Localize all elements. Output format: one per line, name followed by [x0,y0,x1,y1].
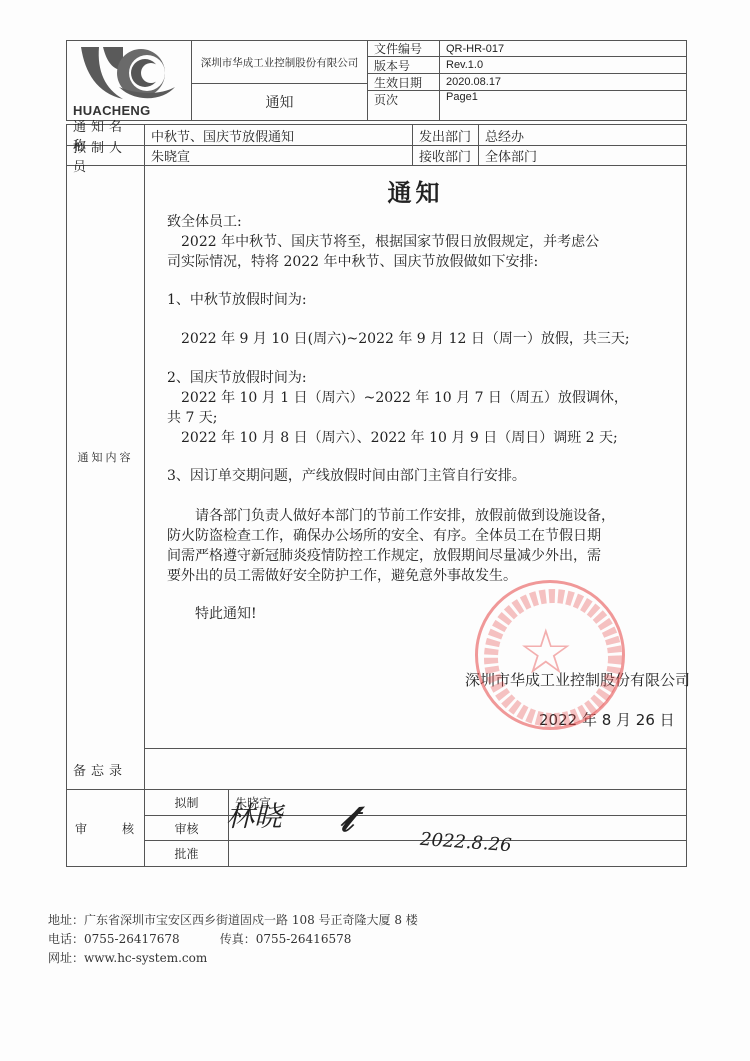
body-line: 司实际情况，特将 2022 年中秋节、国庆节放假做如下安排: [167,251,538,271]
item-2-detail: 2022 年 10 月 1 日（周六）~2022 年 10 月 7 日（周五）放… [167,387,628,407]
receiving-dept-label: 接收部门 [413,146,479,165]
notice-name-value: 中秋节、国庆节放假通知 [145,125,413,145]
meta-label-doc-number: 文件编号 [368,41,440,57]
footer-contact: 地址：广东省深圳市宝安区西乡街道固戍一路 108 号正奇隆大厦 8 楼 电话：0… [48,911,418,968]
item-3: 3、因订单交期问题，产线放假时间由部门主管自行安排。 [167,465,526,485]
meta-value-version: Rev.1.0 [440,57,686,74]
body-line: 要外出的员工需做好安全防护工作，避免意外事故发生。 [167,565,517,585]
meta-value-page: Page1 [440,91,686,120]
footer-fax: 传真：0755-26416578 [220,932,352,946]
info-row-2: 拟制人员 朱晓宣 接收部门 全体部门 [67,146,686,166]
salutation: 致全体员工: [167,211,242,231]
review-reviewed-label: 审核 [145,816,229,841]
body-line: 防火防盗检查工作，确保办公场所的安全、有序。全体员工在节假日期 [167,525,601,545]
meta-value-doc-number: QR-HR-017 [440,41,686,57]
memo-row: 备忘录 [67,749,686,790]
company-logo: HUACHENG [67,41,192,120]
body-line: 请各部门负责人做好本部门的节前工作安排，放假前做到设施设备， [167,505,615,525]
meta-label-page: 页次 [368,91,440,120]
issuing-dept-value: 总经办 [479,125,686,145]
info-row-1: 通知名称 中秋节、国庆节放假通知 发出部门 总经办 [67,125,686,146]
company-seal: ☆ [475,580,625,730]
meta-label-effective-date: 生效日期 [368,74,440,91]
document-header: HUACHENG 深圳市华成工业控制股份有限公司 通知 文件编号 QR-HR-0… [66,40,687,121]
body-line: 间需严格遵守新冠肺炎疫情防控工作规定，放假期间尽量减少外出，需 [167,545,601,565]
receiving-dept-value: 全体部门 [479,146,686,165]
document-type: 通知 [192,84,367,120]
item-2-heading: 2、国庆节放假时间为: [167,367,307,387]
memo-label: 备忘录 [67,749,145,789]
notice-title: 通知 [145,173,686,208]
review-label: 审 核 [67,790,145,866]
drafter-value: 朱晓宣 [145,146,413,165]
item-2-detail: 共 7 天; [167,407,218,427]
content-label: 通知内容 [67,165,145,749]
closing: 特此通知! [167,603,257,623]
notice-form: 通知名称 中秋节、国庆节放假通知 发出部门 总经办 拟制人员 朱晓宣 接收部门 … [66,124,687,867]
review-row-approved: 批准 [145,841,686,866]
review-approved-label: 批准 [145,841,229,866]
footer-address: 地址：广东省深圳市宝安区西乡街道固戍一路 108 号正奇隆大厦 8 楼 [48,911,418,930]
item-1-heading: 1、中秋节放假时间为: [167,289,307,309]
meta-label-version: 版本号 [368,57,440,74]
footer-phone: 电话：0755-26417678 [48,932,180,946]
document-meta-table: 文件编号 QR-HR-017 版本号 Rev.1.0 生效日期 2020.08.… [368,41,686,120]
issuing-dept-label: 发出部门 [413,125,479,145]
item-2-detail: 2022 年 10 月 8 日（周六）、2022 年 10 月 9 日（周日）调… [167,427,618,447]
review-section: 审 核 拟制 朱晓宣 审核 批准 [67,790,686,866]
reviewer-signature: 林晓 [226,795,282,835]
huacheng-logo-icon [75,43,185,105]
drafter-label: 拟制人员 [67,146,145,165]
item-1-detail: 2022 年 9 月 10 日(周六)~2022 年 9 月 12 日（周一）放… [167,328,630,348]
footer-phone-fax: 电话：0755-26417678传真：0755-26416578 [48,930,418,949]
meta-value-effective-date: 2020.08.17 [440,74,686,91]
body-line: 2022 年中秋节、国庆节将至，根据国家节假日放假规定，并考虑公 [167,231,599,251]
approver-signature-mark: 𝓉 [340,795,353,841]
footer-website[interactable]: 网址：www.hc-system.com [48,949,418,968]
seal-star-icon: ☆ [518,621,574,683]
review-drafted-label: 拟制 [145,790,229,815]
review-drafted-value: 朱晓宣 [229,790,686,815]
company-name: 深圳市华成工业控制股份有限公司 [192,41,367,84]
